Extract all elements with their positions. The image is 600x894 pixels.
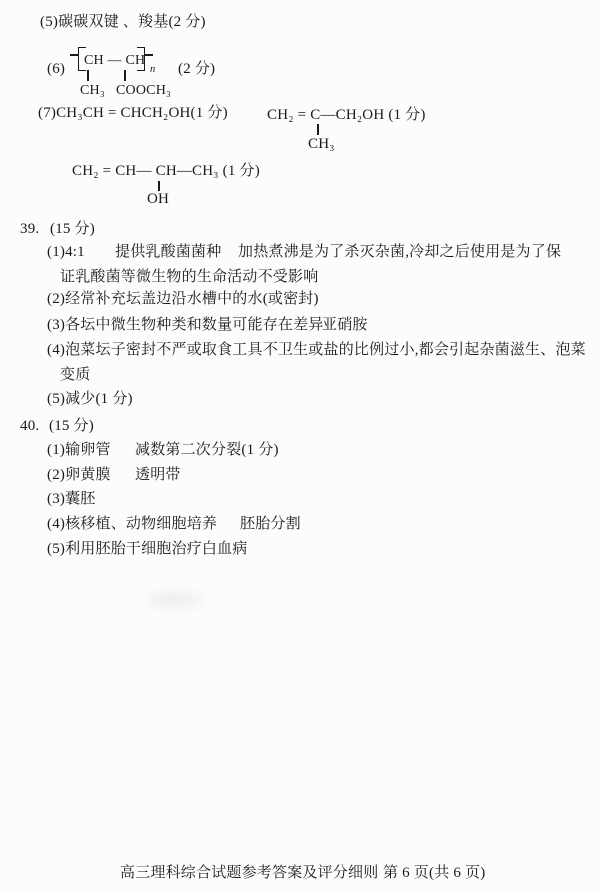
q40-number: 40.	[20, 418, 39, 435]
q39-answer-5: (5)减少(1 分)	[47, 391, 133, 408]
formula-3-branch-bond	[158, 181, 160, 191]
answer-7-formula-3: CH₂ = CH— CH—CH₃ (1 分)	[72, 163, 260, 180]
polymer-vertical-bond-2	[124, 70, 126, 81]
polymer-vertical-bond-1	[87, 70, 89, 81]
polymer-subscript-n: n	[150, 64, 155, 75]
answer-7-formula-1: (7)CH₃CH = CHCH₂OH(1 分)	[38, 105, 228, 122]
q39-answer-1-blank2: 提供乳酸菌菌种	[115, 244, 221, 261]
answer-5-line: (5)碳碳双键 、羧基(2 分)	[40, 14, 206, 31]
polymer-substituent-left: CH₃	[80, 83, 105, 98]
formula-3-branch: OH	[147, 191, 169, 208]
scan-smudge	[135, 584, 215, 616]
polymer-bond-right-tick	[145, 54, 153, 56]
q39-points: (15 分)	[50, 221, 95, 238]
q40-answer-1-blank2: 减数第二次分裂(1 分)	[135, 442, 279, 459]
footer-page-number: 第 6 页(共 6 页)	[383, 865, 485, 882]
q39-answer-2: (2)经常补充坛盖边沿水槽中的水(或密封)	[47, 291, 319, 308]
q40-answer-5: (5)利用胚胎干细胞治疗白血病	[47, 541, 248, 558]
polymer-bracket-right	[137, 47, 145, 71]
answer-7-formula-2: CH₂ = C—CH₂OH (1 分)	[267, 107, 426, 124]
q40-answer-2-blank1: (2)卵黄膜	[47, 467, 111, 484]
q39-answer-1-ratio: (1)4:1	[47, 244, 85, 261]
q40-answer-2-blank2: 透明带	[135, 467, 181, 484]
footer-title: 高三理科综合试题参考答案及评分细则	[120, 865, 378, 882]
formula-2-branch: CH₃	[308, 136, 335, 153]
polymer-substituent-right: COOCH₃	[116, 83, 171, 98]
q40-answer-3: (3)囊胚	[47, 491, 96, 508]
q39-answer-1-continuation: 证乳酸菌等微生物的生命活动不受影响	[60, 269, 318, 286]
q40-answer-4-blank2: 胚胎分割	[240, 516, 301, 533]
q40-answer-4-blank1: (4)核移植、动物细胞培养	[47, 516, 217, 533]
q39-answer-4: (4)泡菜坛子密封不严或取食工具不卫生或盐的比例过小,都会引起杂菌滋生、泡菜	[47, 342, 586, 359]
q40-answer-1-blank1: (1)输卵管	[47, 442, 111, 459]
answer-6-score: (2 分)	[178, 61, 215, 78]
formula-2-branch-bond	[317, 124, 319, 135]
exam-answer-page: (5)碳碳双键 、羧基(2 分) (6) CH — CH n CH₃ COOCH…	[0, 0, 600, 894]
q39-answer-1-blank3: 加热煮沸是为了杀灭杂菌,冷却之后使用是为了保	[238, 244, 561, 261]
q40-points: (15 分)	[49, 418, 94, 435]
q39-number: 39.	[20, 221, 39, 238]
q39-answer-3-blank1: (3)各坛中微生物种类和数量可能存在差异	[47, 317, 324, 334]
q39-answer-4-continuation: 变质	[60, 367, 90, 384]
q39-answer-3-blank2: 亚硝胺	[322, 317, 368, 334]
answer-6-label: (6)	[47, 61, 65, 78]
